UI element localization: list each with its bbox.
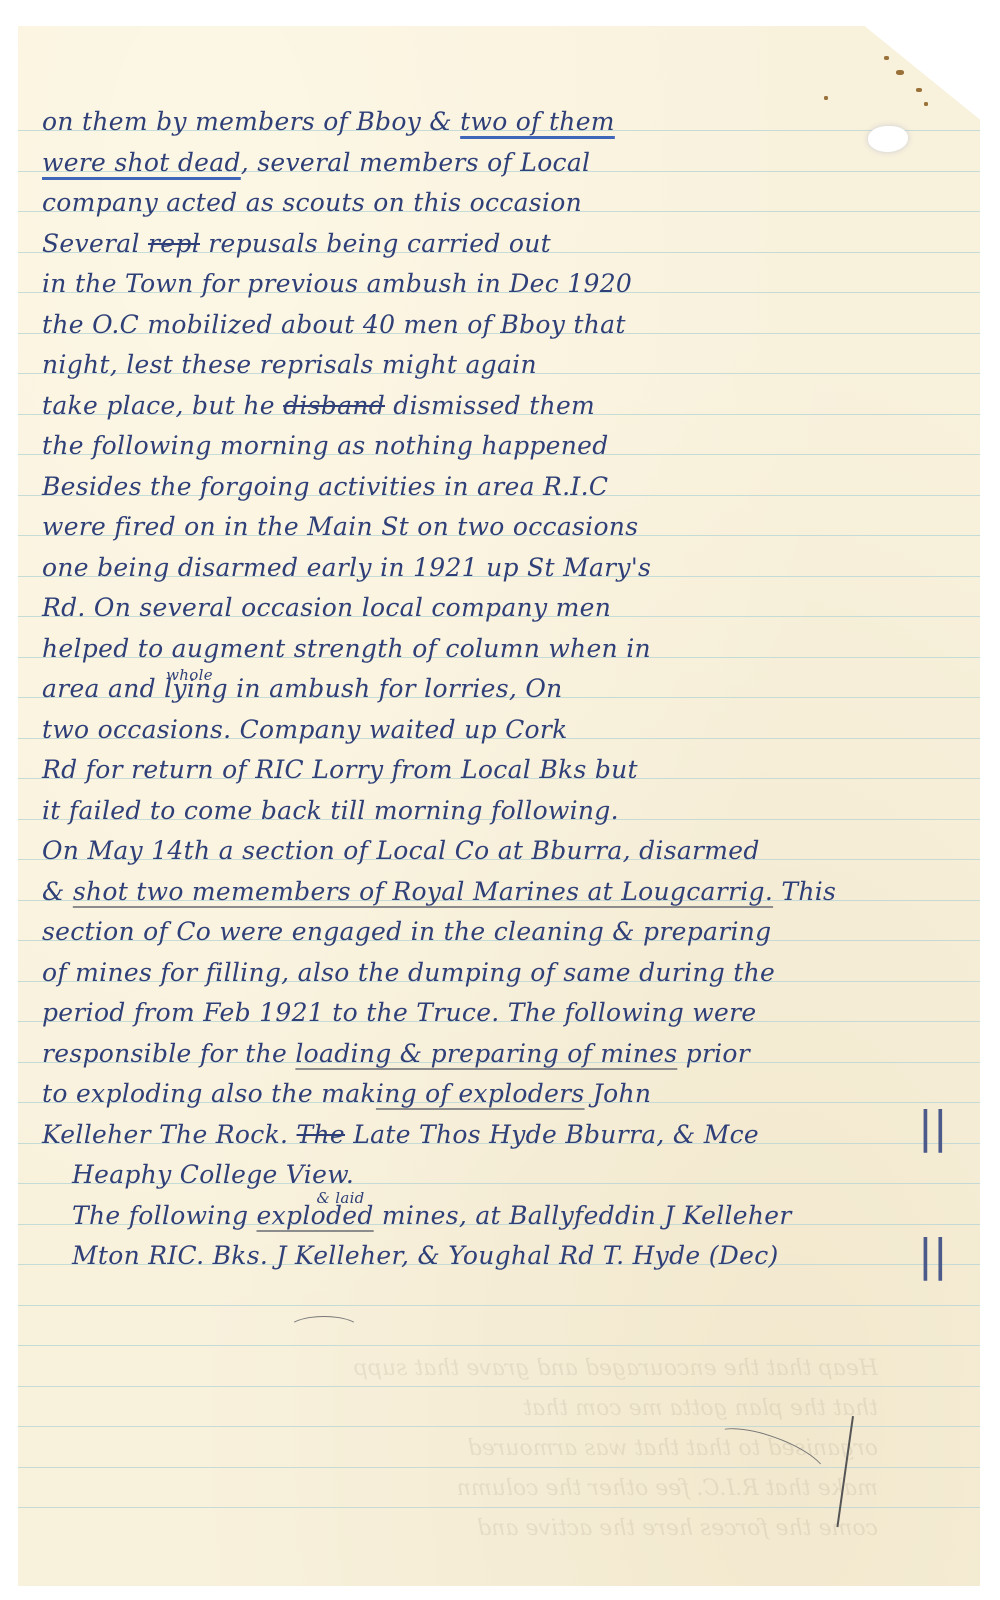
- rust-stain: [896, 70, 904, 75]
- text-line: two occasions. Company waited up Cork: [42, 710, 942, 751]
- blue-underlined-phrase: two of them: [460, 107, 615, 136]
- text-line: night, lest these reprisals might again: [42, 345, 942, 386]
- struck-word: The: [297, 1120, 345, 1149]
- text-line: Mton RIC. Bks. J Kelleher, & Youghal Rd …: [42, 1236, 942, 1277]
- rust-stain: [930, 66, 936, 69]
- show-through-text: come the forces here the active and: [98, 1516, 878, 1541]
- pencil-mark: [288, 1316, 360, 1342]
- text-line: the O.C mobilized about 40 men of Bboy t…: [42, 305, 942, 346]
- struck-word: repl: [148, 229, 200, 258]
- text-line: Kelleher The Rock. The Late Thos Hyde Bb…: [42, 1115, 942, 1156]
- text-line: On May 14th a section of Local Co at Bbu…: [42, 831, 942, 872]
- text-line: Rd for return of RIC Lorry from Local Bk…: [42, 750, 942, 791]
- ruled-line: [18, 1426, 980, 1427]
- interlinear-insertion: & laid: [317, 1191, 365, 1206]
- pencil-mark: [836, 1416, 853, 1527]
- text-line: section of Co were engaged in the cleani…: [42, 912, 942, 953]
- text-line: & shot two memembers of Royal Marines at…: [42, 872, 942, 913]
- text-line: take place, but he disband dismissed the…: [42, 386, 942, 427]
- text-line: Several repl repusals being carried out: [42, 224, 942, 265]
- text-line: on them by members of Bboy & two of them: [42, 102, 942, 143]
- ruled-line: [18, 1467, 980, 1468]
- pencil-underlined-phrase: loading & preparing of mines: [295, 1039, 677, 1068]
- pencil-underlined-phrase: shot two memembers of Royal Marines at L…: [73, 877, 773, 906]
- show-through-text: make that R.I.C. fee other the column: [98, 1476, 878, 1501]
- text-line: one being disarmed early in 1921 up St M…: [42, 548, 942, 589]
- rust-stain: [884, 56, 889, 60]
- ruled-line: [18, 1345, 980, 1346]
- text-line: were fired on in the Main St on two occa…: [42, 507, 942, 548]
- text-line: it failed to come back till morning foll…: [42, 791, 942, 832]
- ruled-line: [18, 1305, 980, 1306]
- interlinear-insertion: whole: [166, 668, 213, 683]
- text-line: Heaphy College View.: [42, 1155, 942, 1196]
- text-line: in the Town for previous ambush in Dec 1…: [42, 264, 942, 305]
- text-line: the following morning as nothing happene…: [42, 426, 942, 467]
- handwritten-text-body: on them by members of Bboy & two of them…: [42, 102, 942, 1277]
- rust-stain: [916, 88, 922, 92]
- rust-stain: [824, 96, 828, 100]
- ruled-line: [18, 1386, 980, 1387]
- text-line: The following & laidexploded mines, at B…: [42, 1196, 942, 1237]
- text-line: company acted as scouts on this occasion: [42, 183, 942, 224]
- struck-word: disband: [283, 391, 385, 420]
- text-line: period from Feb 1921 to the Truce. The f…: [42, 993, 942, 1034]
- blue-underlined-phrase: were shot dead: [42, 148, 241, 177]
- pencil-underlined-phrase: ing of exploders: [376, 1079, 585, 1108]
- text-line: helped to augment strength of column whe…: [42, 629, 942, 670]
- show-through-text: Heap that the encouraged and grave that …: [98, 1356, 878, 1381]
- text-line: Rd. On several occasion local company me…: [42, 588, 942, 629]
- text-line: were shot dead, several members of Local: [42, 143, 942, 184]
- text-line: of mines for filling, also the dumping o…: [42, 953, 942, 994]
- show-through-text: that the plan gotta me com that: [98, 1396, 878, 1421]
- ruled-line: [18, 1507, 980, 1508]
- text-line: responsible for the loading & preparing …: [42, 1034, 942, 1075]
- text-line: Besides the forgoing activities in area …: [42, 467, 942, 508]
- text-line: area and wholelying in ambush for lorrie…: [42, 669, 942, 710]
- text-line: to exploding also the making of exploder…: [42, 1074, 942, 1115]
